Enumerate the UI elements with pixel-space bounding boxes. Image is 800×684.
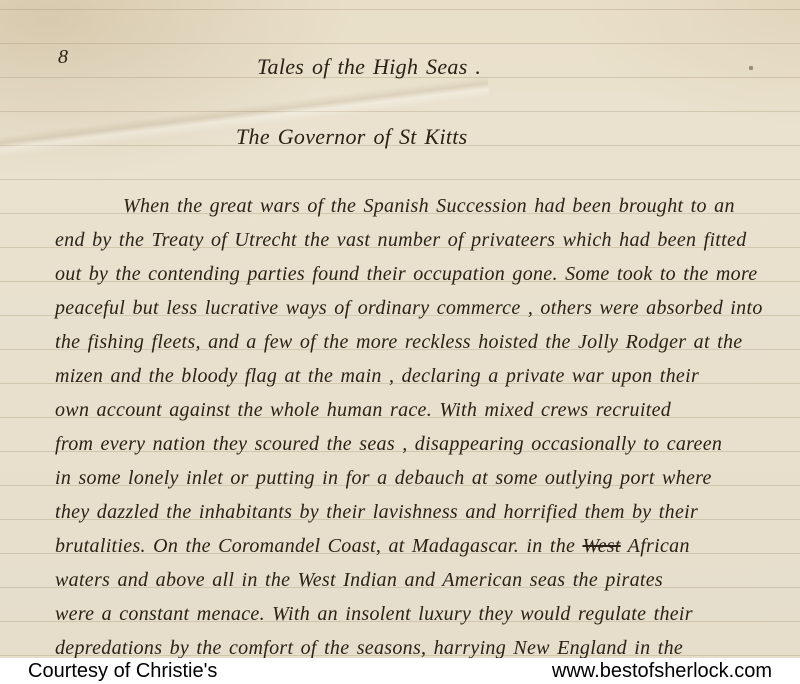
- struck-word: West: [582, 535, 620, 557]
- line-text: out by the contending parties found thei…: [55, 263, 757, 285]
- manuscript-line: the fishing fleets, and a few of the mor…: [55, 325, 780, 359]
- manuscript-body: When the great wars of the Spanish Succe…: [55, 189, 780, 665]
- manuscript-line: brutalities. On the Coromandel Coast, at…: [55, 529, 780, 563]
- manuscript-line: end by the Treaty of Utrecht the vast nu…: [55, 223, 780, 257]
- manuscript-line: from every nation they scoured the seas …: [55, 427, 780, 461]
- manuscript-series-title: Tales of the High Seas .: [257, 54, 481, 80]
- line-text: peaceful but less lucrative ways of ordi…: [55, 297, 763, 319]
- manuscript-page: 8 Tales of the High Seas . The Governor …: [0, 0, 800, 658]
- manuscript-line: in some lonely inlet or putting in for a…: [55, 461, 780, 495]
- screenshot-root: 8 Tales of the High Seas . The Governor …: [0, 0, 800, 684]
- line-text: the fishing fleets, and a few of the mor…: [55, 331, 742, 353]
- caption-bar: Courtesy of Christie's www.bestofsherloc…: [0, 658, 800, 684]
- line-text: end by the Treaty of Utrecht the vast nu…: [55, 229, 747, 251]
- manuscript-line: mizen and the bloody flag at the main , …: [55, 359, 780, 393]
- line-text: waters and above all in the West Indian …: [55, 569, 663, 591]
- line-text: they dazzled the inhabitants by their la…: [55, 501, 698, 523]
- manuscript-line: When the great wars of the Spanish Succe…: [55, 189, 780, 223]
- line-text: were a constant menace. With an insolent…: [55, 603, 693, 625]
- caption-credit: Courtesy of Christie's: [28, 660, 217, 683]
- manuscript-story-title: The Governor of St Kitts: [236, 124, 468, 150]
- line-text: mizen and the bloody flag at the main , …: [55, 365, 699, 387]
- line-text: When the great wars of the Spanish Succe…: [123, 195, 735, 217]
- caption-website: www.bestofsherlock.com: [552, 660, 772, 683]
- faded-page-number: 8: [58, 46, 68, 69]
- manuscript-line: out by the contending parties found thei…: [55, 257, 780, 291]
- manuscript-line: were a constant menace. With an insolent…: [55, 597, 780, 631]
- line-text: African: [621, 535, 690, 557]
- manuscript-line: they dazzled the inhabitants by their la…: [55, 495, 780, 529]
- line-text: from every nation they scoured the seas …: [55, 433, 722, 455]
- line-text: own account against the whole human race…: [55, 399, 671, 421]
- line-text: depredations by the comfort of the seaso…: [55, 637, 683, 659]
- manuscript-line: waters and above all in the West Indian …: [55, 563, 780, 597]
- manuscript-line: own account against the whole human race…: [55, 393, 780, 427]
- line-text: in some lonely inlet or putting in for a…: [55, 467, 712, 489]
- paper-speck: [749, 66, 753, 70]
- manuscript-line: peaceful but less lucrative ways of ordi…: [55, 291, 780, 325]
- line-text: brutalities. On the Coromandel Coast, at…: [55, 535, 582, 557]
